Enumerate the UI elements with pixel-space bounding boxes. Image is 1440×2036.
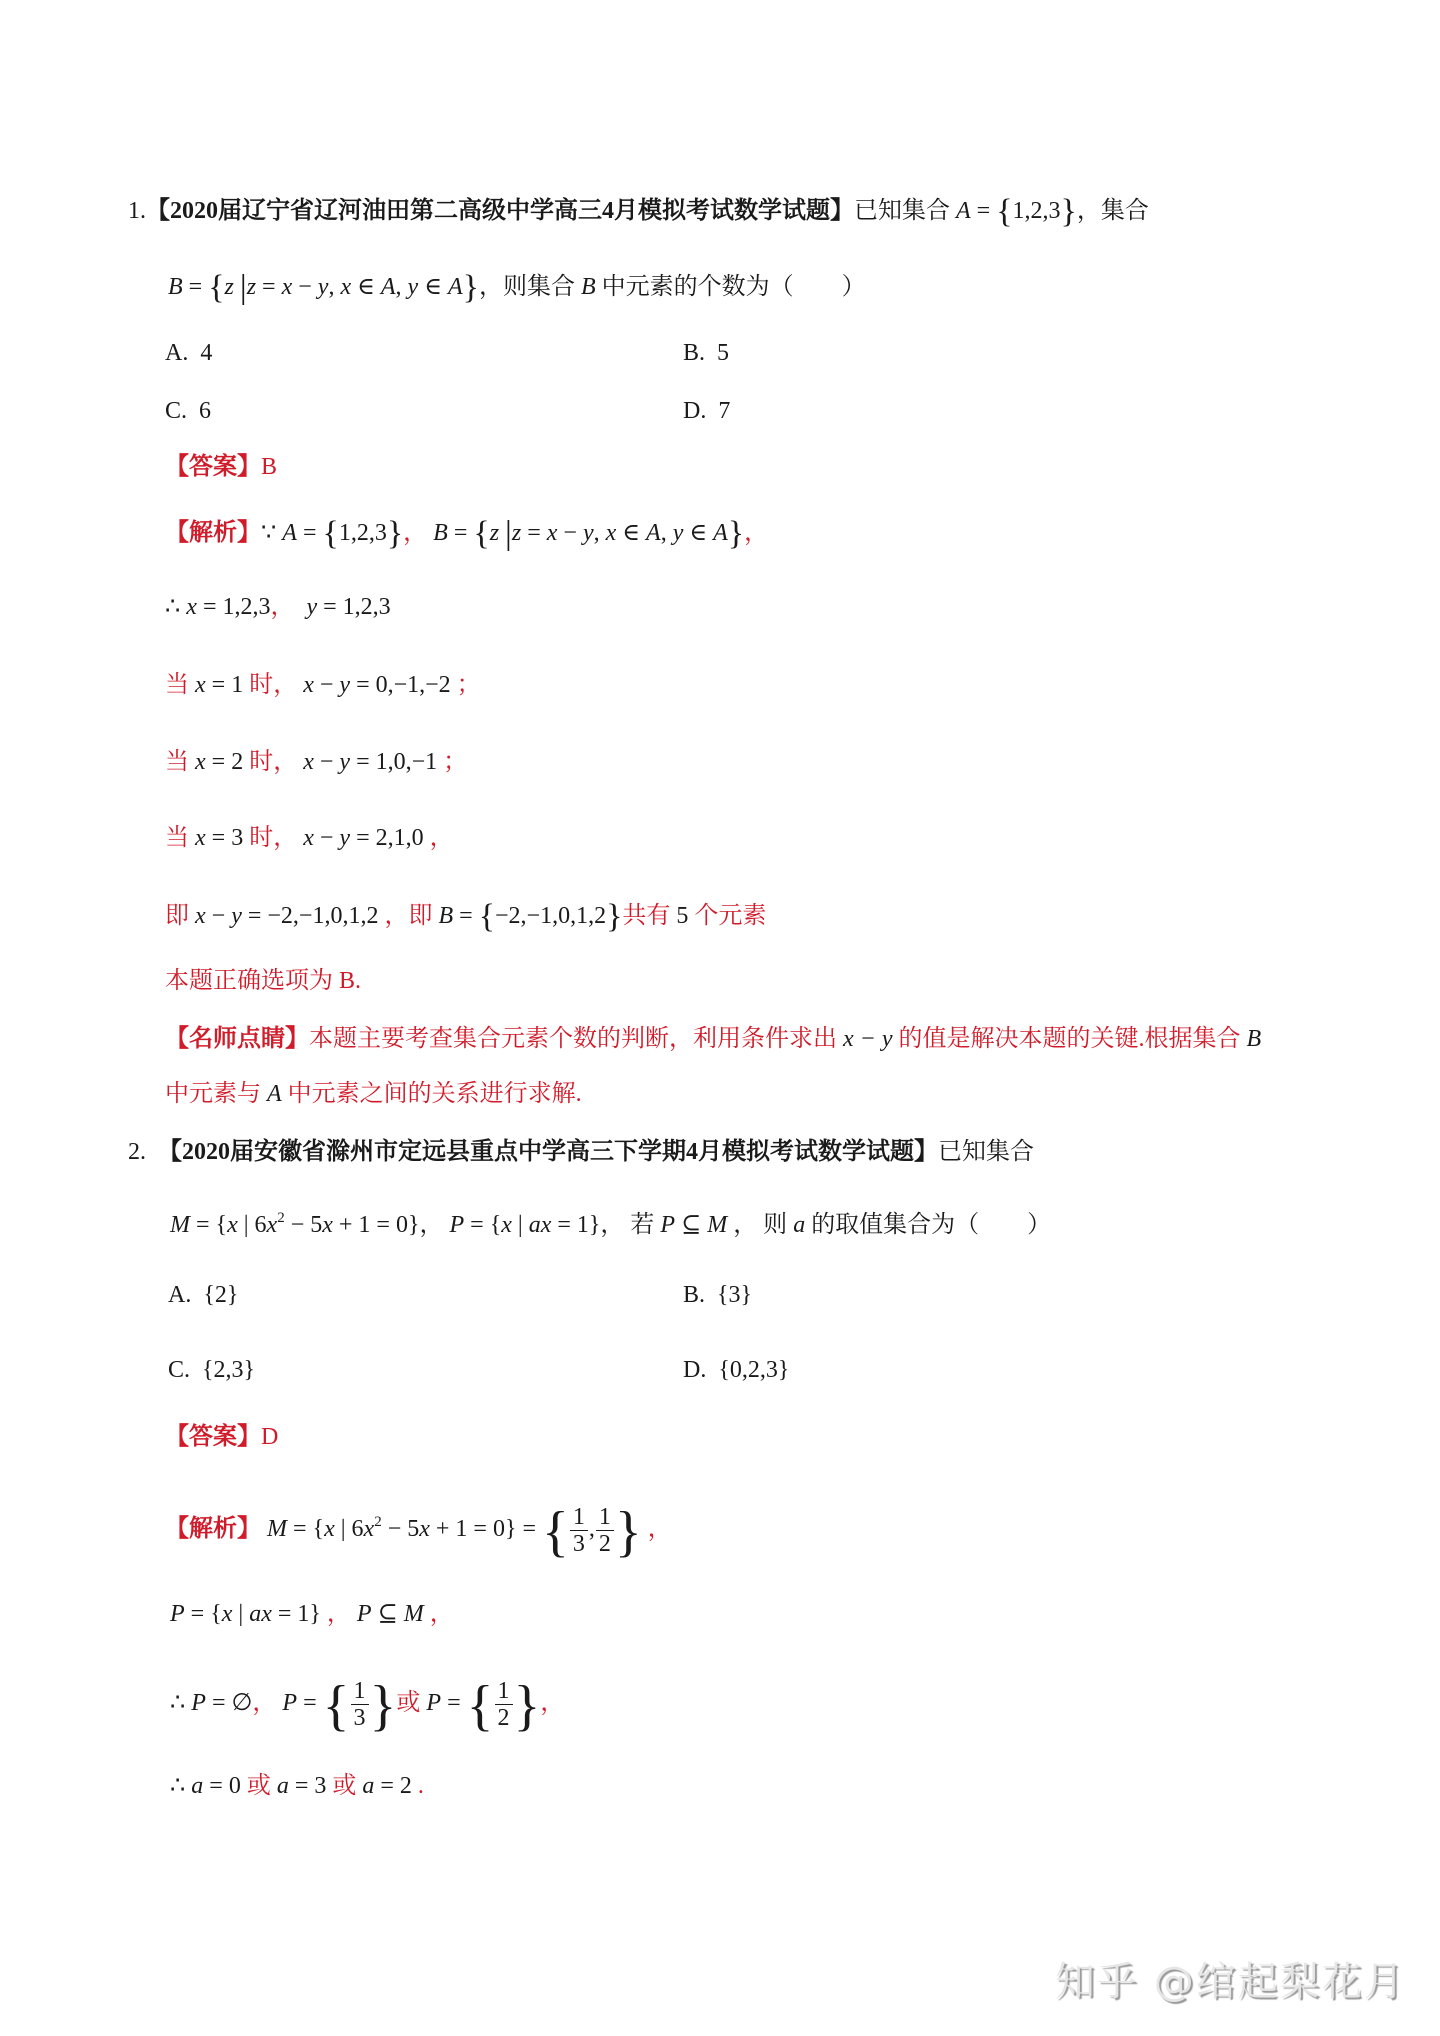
answer-value: B — [261, 454, 277, 480]
q1-analysis-line6: 即 x − y = −2,−1,0,1,2 ，即 B = {−2,−1,0,1,… — [165, 899, 766, 934]
q1-analysis-line5: 当 x = 3 时， x − y = 2,1,0 ， — [165, 821, 454, 855]
q2-analysis-line2: P = {x | ax = 1} ， P ⊆ M ， — [170, 1597, 454, 1631]
option-value: {2} — [203, 1282, 238, 1308]
answer-tag: 【答案】 — [165, 454, 261, 480]
q1-source: 【2020届辽宁省辽河油田第二高级中学高三4月模拟考试数学试题】 — [146, 198, 854, 224]
option-value: {0,2,3} — [718, 1357, 789, 1383]
q1-stem-text3: ，则集合 — [479, 274, 575, 300]
analysis-tag: 【解析】 — [165, 1516, 261, 1542]
q1-conclusion: 本题正确选项为 B. — [165, 964, 361, 998]
q1-stem-text4: 中元素的个数为（ ） — [602, 274, 866, 300]
option-label: B. — [683, 340, 705, 366]
q1-stem-text: 已知集合 — [854, 198, 950, 224]
option-value: 7 — [718, 398, 730, 424]
q2-source: 【2020届安徽省滁州市定远县重点中学高三下学期4月模拟考试数学试题】 — [158, 1139, 938, 1165]
q2-option-c[interactable]: C. {2,3} — [168, 1353, 255, 1387]
q1-teacher-note-line1: 【名师点睛】本题主要考查集合元素个数的判断，利用条件求出 x − y 的值是解决… — [165, 1022, 1261, 1056]
q1-option-c[interactable]: C. 6 — [165, 394, 211, 428]
q2-answer: 【答案】D — [165, 1420, 278, 1454]
q1-answer: 【答案】B — [165, 450, 277, 484]
q2-stem-text: 已知集合 — [938, 1139, 1034, 1165]
option-label: C. — [168, 1357, 190, 1383]
q2-option-a[interactable]: A. {2} — [168, 1278, 238, 1312]
option-label: D. — [683, 1357, 706, 1383]
q2-option-d[interactable]: D. {0,2,3} — [683, 1353, 789, 1387]
q1-analysis-line2: ∴ x = 1,2,3， y = 1,2,3 — [165, 590, 391, 624]
q2-option-b[interactable]: B. {3} — [683, 1278, 752, 1312]
option-label: A. — [165, 340, 188, 366]
q1-analysis-line3: 当 x = 1 时， x − y = 0,−1,−2 ； — [165, 668, 481, 702]
option-value: 4 — [200, 340, 212, 366]
option-value: {3} — [717, 1282, 752, 1308]
q1-analysis-line4: 当 x = 2 时， x − y = 1,0,−1 ； — [165, 745, 467, 779]
option-label: C. — [165, 398, 187, 424]
q2-analysis-line1: 【解析】 M = {x | 6x2 − 5x + 1 = 0} = {13,12… — [165, 1500, 672, 1557]
q2-stem-line1: 2. 【2020届安徽省滁州市定远县重点中学高三下学期4月模拟考试数学试题】已知… — [128, 1135, 1034, 1169]
q2-analysis-line3: ∴ P = ∅， P = {13}或 P = {12}， — [170, 1678, 564, 1731]
answer-tag: 【答案】 — [165, 1424, 261, 1450]
option-label: A. — [168, 1282, 191, 1308]
teacher-tag: 【名师点睛】 — [165, 1026, 309, 1052]
q1-stem-line2: B = {z |z = x − y, x ∈ A, y ∈ A}，则集合 B 中… — [168, 270, 866, 305]
option-label: D. — [683, 398, 706, 424]
q1-set-b-ref: B — [581, 274, 596, 300]
q1-option-d[interactable]: D. 7 — [683, 394, 730, 428]
q1-teacher-note-line2: 中元素与 A 中元素之间的关系进行求解. — [165, 1077, 582, 1111]
q2-stem-line2: M = {x | 6x2 − 5x + 1 = 0}， P = {x | ax … — [170, 1201, 1051, 1242]
q1-analysis-line1: 【解析】∵ A = {1,2,3}， B = {z |z = x − y, x … — [165, 516, 768, 551]
option-value: {2,3} — [202, 1357, 255, 1383]
option-value: 6 — [199, 398, 211, 424]
q1-option-b[interactable]: B. 5 — [683, 336, 729, 370]
q1-stem-text2: ，集合 — [1077, 198, 1149, 224]
option-label: B. — [683, 1282, 705, 1308]
q2-analysis-line4: ∴ a = 0 或 a = 3 或 a = 2 . — [170, 1769, 424, 1803]
answer-value: D — [261, 1424, 278, 1450]
watermark-text: 知乎 @绾起梨花月 — [1055, 1950, 1406, 2007]
q1-set-a: A — [956, 198, 971, 224]
q1-number: 1. — [128, 198, 146, 224]
q1-stem-line1: 1.【2020届辽宁省辽河油田第二高级中学高三4月模拟考试数学试题】已知集合 A… — [128, 194, 1149, 229]
option-value: 5 — [717, 340, 729, 366]
analysis-tag: 【解析】 — [165, 520, 261, 546]
q1-option-a[interactable]: A. 4 — [165, 336, 212, 370]
q2-number: 2. — [128, 1139, 146, 1165]
